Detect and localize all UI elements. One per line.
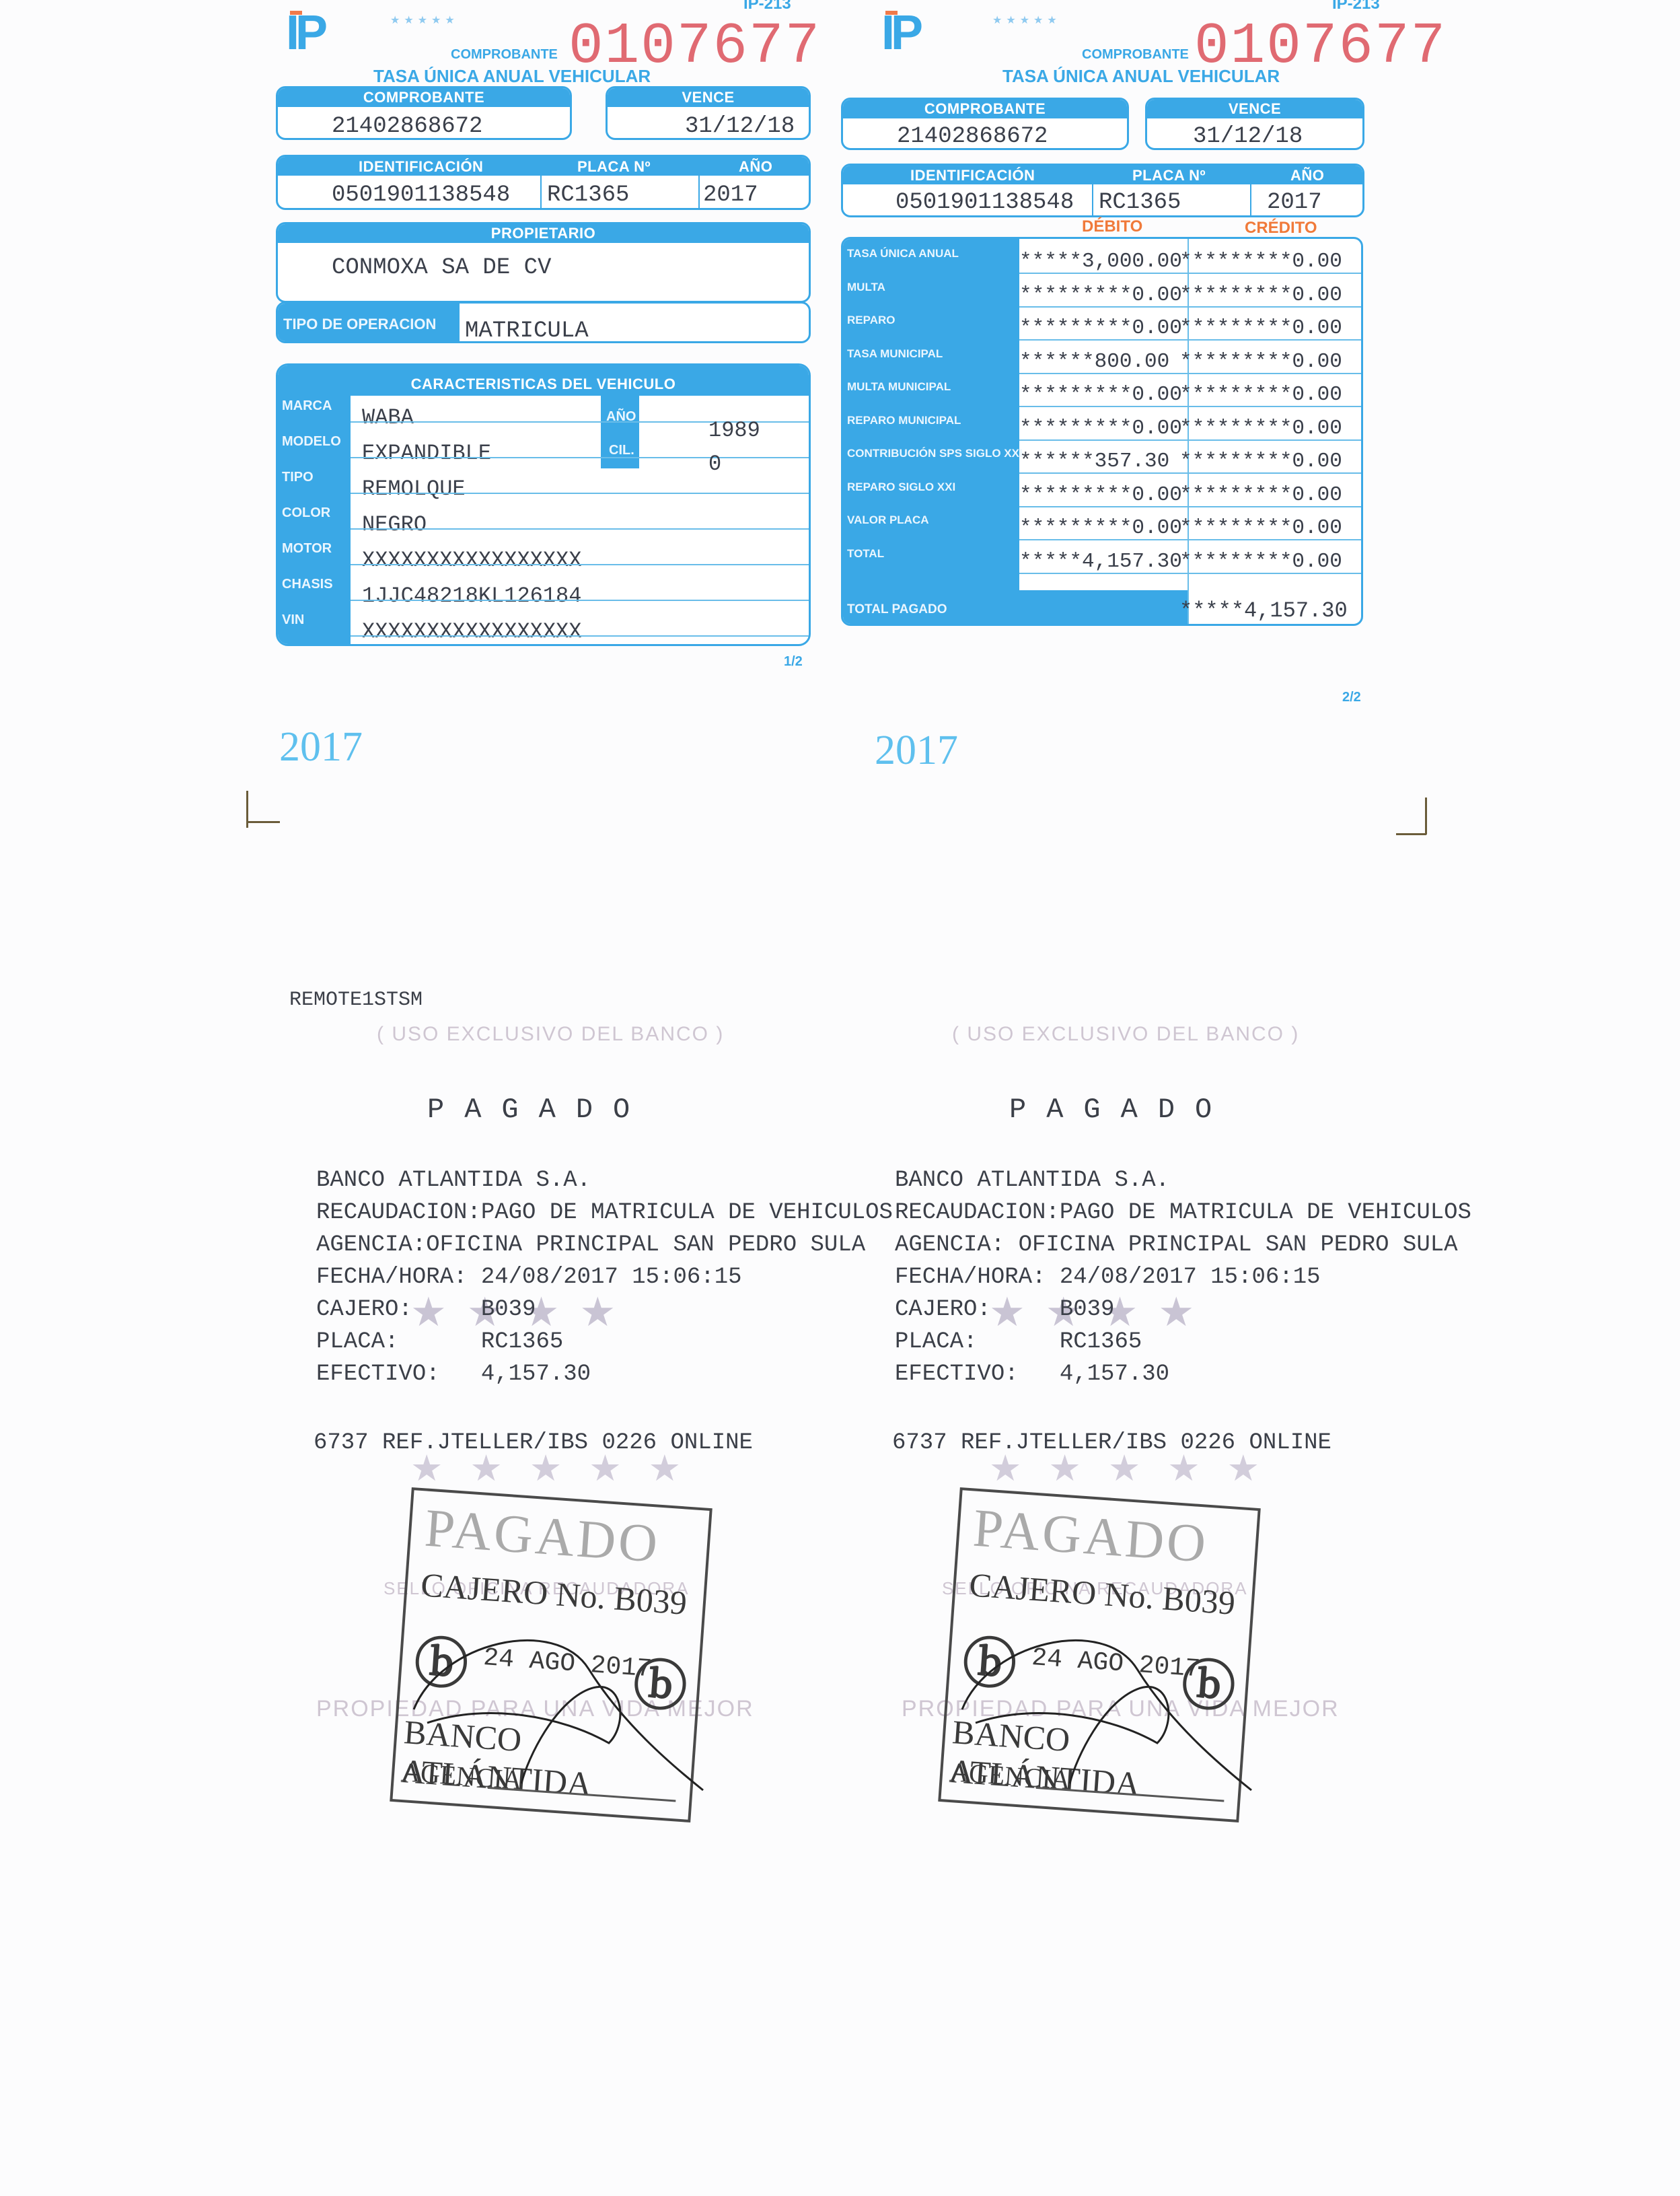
anio-value: 2017 bbox=[703, 182, 758, 208]
charge-row: REPARO MUNICIPAL *********0.00 *********… bbox=[843, 410, 1363, 443]
charge-credito: *********0.00 bbox=[1179, 417, 1342, 440]
identificacion-label: IDENTIFICACIÓN bbox=[359, 158, 483, 176]
charge-credito: *********0.00 bbox=[1179, 283, 1342, 307]
signature bbox=[935, 1588, 1245, 1804]
charge-debito: *********0.00 bbox=[1019, 417, 1182, 440]
bank-receipt-left: REMOTE1STSM ( USO EXCLUSIVO DEL BANCO ) … bbox=[242, 983, 848, 1857]
left-form-copy: IP ★★★★★ IP-213 COMPROBANTE 0107677 TASA… bbox=[272, 0, 811, 673]
charge-credito: *********0.00 bbox=[1179, 450, 1342, 473]
receipt-lines: BANCO ATLANTIDA S.A. RECAUDACION:PAGO DE… bbox=[316, 1164, 893, 1390]
identificacion-value: 0501901138548 bbox=[332, 182, 510, 208]
charge-row: MULTA *********0.00 *********0.00 bbox=[843, 277, 1363, 310]
charge-label: REPARO bbox=[847, 314, 895, 327]
terminal-id: REMOTE1STSM bbox=[289, 984, 423, 1016]
identificacion-value: 0501901138548 bbox=[896, 190, 1074, 215]
charge-credito: *********0.00 bbox=[1179, 316, 1342, 340]
charge-credito: *********0.00 bbox=[1179, 250, 1342, 273]
right-form-copy: IP ★★★★★ IP-213 COMPROBANTE 0107677 TASA… bbox=[841, 0, 1399, 707]
vence-label: VENCE bbox=[1147, 100, 1362, 118]
caracteristicas-title: CARACTERISTICAS DEL VEHICULO bbox=[278, 365, 809, 396]
charge-row: TASA ÚNICA ANUAL *****3,000.00 *********… bbox=[843, 243, 1363, 276]
year-watermark-left: 2017 bbox=[279, 723, 363, 771]
charge-debito: *********0.00 bbox=[1019, 283, 1182, 307]
doc-title: TASA ÚNICA ANUAL VEHICULAR bbox=[1002, 66, 1280, 87]
charge-label: TASA ÚNICA ANUAL bbox=[847, 247, 959, 260]
vehicle-field-label: TIPO bbox=[282, 470, 314, 485]
stars-watermark: ★★★★★ bbox=[989, 1447, 1286, 1489]
vehicle-field-value: EXPANDIBLE bbox=[362, 441, 491, 466]
placa-label: PLACA Nº bbox=[577, 158, 651, 176]
charge-label: CONTRIBUCIÓN SPS SIGLO XXI bbox=[847, 447, 1023, 460]
identificacion-box: IDENTIFICACIÓN PLACA Nº AÑO 050190113854… bbox=[841, 164, 1364, 217]
doc-title: TASA ÚNICA ANUAL VEHICULAR bbox=[373, 66, 651, 87]
comprobante-value: 21402868672 bbox=[843, 118, 1127, 149]
form-code: IP-213 bbox=[743, 0, 791, 13]
charge-debito: ******357.30 bbox=[1019, 450, 1169, 473]
paid-status: PAGADO bbox=[1009, 1094, 1232, 1126]
vehicle-row-tipo: TIPO REMOLQUE bbox=[278, 467, 811, 503]
stars-icon: ★★★★★ bbox=[390, 13, 459, 27]
vehicle-field-label: VIN bbox=[282, 612, 304, 628]
vehicle-field-value: NEGRO bbox=[362, 512, 427, 537]
vehicle-row-color: COLOR NEGRO bbox=[278, 503, 811, 538]
vehicle-field-label: MOTOR bbox=[282, 541, 332, 557]
vence-box: VENCE 31/12/18 bbox=[1145, 98, 1364, 150]
stamp-title: PAGADO bbox=[971, 1498, 1210, 1575]
charge-debito: *********0.00 bbox=[1019, 516, 1182, 540]
stars-watermark: ★★★★★ bbox=[410, 1447, 708, 1489]
vehicle-field-value: XXXXXXXXXXXXXXXXX bbox=[362, 619, 581, 644]
vence-box: VENCE 31/12/18 bbox=[606, 86, 811, 140]
anio-label: AÑO bbox=[1290, 167, 1324, 184]
propietario-value: CONMOXA SA DE CV bbox=[278, 243, 809, 281]
year-watermark-right: 2017 bbox=[875, 727, 958, 775]
cil-value: 0 bbox=[708, 452, 721, 476]
comprobante-box: COMPROBANTE 21402868672 bbox=[276, 86, 572, 140]
ip-logo: IP bbox=[881, 9, 939, 57]
charge-label: MULTA MUNICIPAL bbox=[847, 380, 951, 394]
identificacion-label: IDENTIFICACIÓN bbox=[910, 167, 1035, 184]
identificacion-box: IDENTIFICACIÓN PLACA Nº AÑO 050190113854… bbox=[276, 155, 811, 210]
cil-label: CIL. bbox=[609, 443, 634, 458]
charge-credito: *********0.00 bbox=[1179, 383, 1342, 406]
stars-icon: ★★★★★ bbox=[992, 13, 1061, 27]
tipo-operacion-value: MATRICULA bbox=[465, 318, 589, 343]
stamp-title: PAGADO bbox=[423, 1498, 662, 1575]
folio-label: COMPROBANTE bbox=[1082, 47, 1189, 63]
ip-logo: IP bbox=[286, 9, 344, 57]
charge-row: CONTRIBUCIÓN SPS SIGLO XXI ******357.30 … bbox=[843, 443, 1363, 476]
charge-credito: *********0.00 bbox=[1179, 350, 1342, 374]
vence-value: 31/12/18 bbox=[1147, 118, 1362, 149]
vehicle-field-label: CHASIS bbox=[282, 577, 333, 592]
charge-row: TASA MUNICIPAL ******800.00 *********0.0… bbox=[843, 343, 1363, 376]
tipo-operacion-box: TIPO DE OPERACION MATRICULA bbox=[276, 302, 811, 343]
bank-receipt-right: ( USO EXCLUSIVO DEL BANCO ) PAGADO ★★★★ … bbox=[841, 983, 1447, 1857]
comprobante-label: COMPROBANTE bbox=[278, 88, 570, 107]
vehicle-field-value: REMOLQUE bbox=[362, 476, 466, 501]
charge-label: TASA MUNICIPAL bbox=[847, 347, 943, 361]
debito-label: DÉBITO bbox=[1082, 217, 1142, 236]
charge-row: TOTAL *****4,157.30 *********0.00 bbox=[843, 543, 1363, 576]
charge-row: MULTA MUNICIPAL *********0.00 *********0… bbox=[843, 376, 1363, 409]
anio-label: AÑO bbox=[739, 158, 772, 176]
charges-table: TASA ÚNICA ANUAL *****3,000.00 *********… bbox=[841, 237, 1363, 626]
anio-value: 2017 bbox=[1267, 190, 1322, 215]
charge-debito: *********0.00 bbox=[1019, 483, 1182, 507]
charge-label: VALOR PLACA bbox=[847, 513, 929, 527]
vehicle-field-label: MODELO bbox=[282, 434, 341, 450]
charge-credito: *********0.00 bbox=[1179, 550, 1342, 573]
page-indicator-1: 1/2 bbox=[784, 654, 803, 670]
charge-row: REPARO SIGLO XXI *********0.00 *********… bbox=[843, 476, 1363, 509]
placa-label: PLACA Nº bbox=[1132, 167, 1206, 184]
vehicle-field-label: COLOR bbox=[282, 505, 330, 521]
crop-mark bbox=[246, 821, 280, 823]
ano-label: AÑO bbox=[606, 409, 636, 425]
charge-credito: *********0.00 bbox=[1179, 483, 1342, 507]
charge-debito: *********0.00 bbox=[1019, 383, 1182, 406]
charge-debito: *********0.00 bbox=[1019, 316, 1182, 340]
propietario-label: PROPIETARIO bbox=[278, 224, 809, 243]
vehicle-row-vin: VIN XXXXXXXXXXXXXXXXX bbox=[278, 610, 811, 645]
crop-mark bbox=[1425, 798, 1427, 835]
charge-debito: ******800.00 bbox=[1019, 350, 1169, 374]
vence-value: 31/12/18 bbox=[608, 107, 809, 139]
charge-credito: *********0.00 bbox=[1179, 516, 1342, 540]
bank-use-header: ( USO EXCLUSIVO DEL BANCO ) bbox=[377, 1023, 724, 1046]
paid-status: PAGADO bbox=[427, 1094, 650, 1126]
vehicle-field-value: 1JJC48218KL126184 bbox=[362, 583, 581, 608]
form-code: IP-213 bbox=[1332, 0, 1380, 13]
vehicle-field-label: MARCA bbox=[282, 398, 332, 414]
crop-mark bbox=[1396, 833, 1426, 835]
vehicle-field-value: WABA bbox=[362, 405, 414, 430]
vehicle-field-value: XXXXXXXXXXXXXXXXX bbox=[362, 548, 581, 573]
credito-label: CRÉDITO bbox=[1245, 219, 1317, 238]
total-pagado-label: TOTAL PAGADO bbox=[847, 602, 947, 617]
comprobante-value: 21402868672 bbox=[278, 107, 570, 139]
total-pagado-value: *****4,157.30 bbox=[1179, 598, 1348, 623]
comprobante-label: COMPROBANTE bbox=[843, 100, 1127, 118]
ano-value: 1989 bbox=[708, 418, 760, 443]
folio-label: COMPROBANTE bbox=[451, 47, 558, 63]
vehicle-row-chasis: CHASIS 1JJC48218KL126184 bbox=[278, 574, 811, 610]
receipt-lines: BANCO ATLANTIDA S.A. RECAUDACION:PAGO DE… bbox=[895, 1164, 1471, 1390]
charge-debito: *****4,157.30 bbox=[1019, 550, 1182, 573]
placa-value: RC1365 bbox=[547, 182, 629, 208]
charge-debito: *****3,000.00 bbox=[1019, 250, 1182, 273]
page-indicator-2: 2/2 bbox=[1342, 690, 1361, 705]
charge-row: REPARO *********0.00 *********0.00 bbox=[843, 310, 1363, 343]
charge-label: REPARO SIGLO XXI bbox=[847, 481, 955, 494]
caracteristicas-box: CARACTERISTICAS DEL VEHICULO MARCA WABA … bbox=[276, 363, 811, 646]
signature bbox=[387, 1588, 696, 1804]
vence-label: VENCE bbox=[608, 88, 809, 107]
charge-label: TOTAL bbox=[847, 547, 884, 561]
vehicle-row-motor: MOTOR XXXXXXXXXXXXXXXXX bbox=[278, 538, 811, 574]
charge-row: VALOR PLACA *********0.00 *********0.00 bbox=[843, 509, 1363, 542]
tipo-operacion-label: TIPO DE OPERACION bbox=[283, 316, 436, 333]
bank-use-header: ( USO EXCLUSIVO DEL BANCO ) bbox=[952, 1023, 1299, 1046]
comprobante-box: COMPROBANTE 21402868672 bbox=[841, 98, 1129, 150]
propietario-box: PROPIETARIO CONMOXA SA DE CV bbox=[276, 222, 811, 303]
placa-value: RC1365 bbox=[1099, 190, 1181, 215]
charge-label: MULTA bbox=[847, 281, 885, 294]
charge-label: REPARO MUNICIPAL bbox=[847, 414, 961, 427]
